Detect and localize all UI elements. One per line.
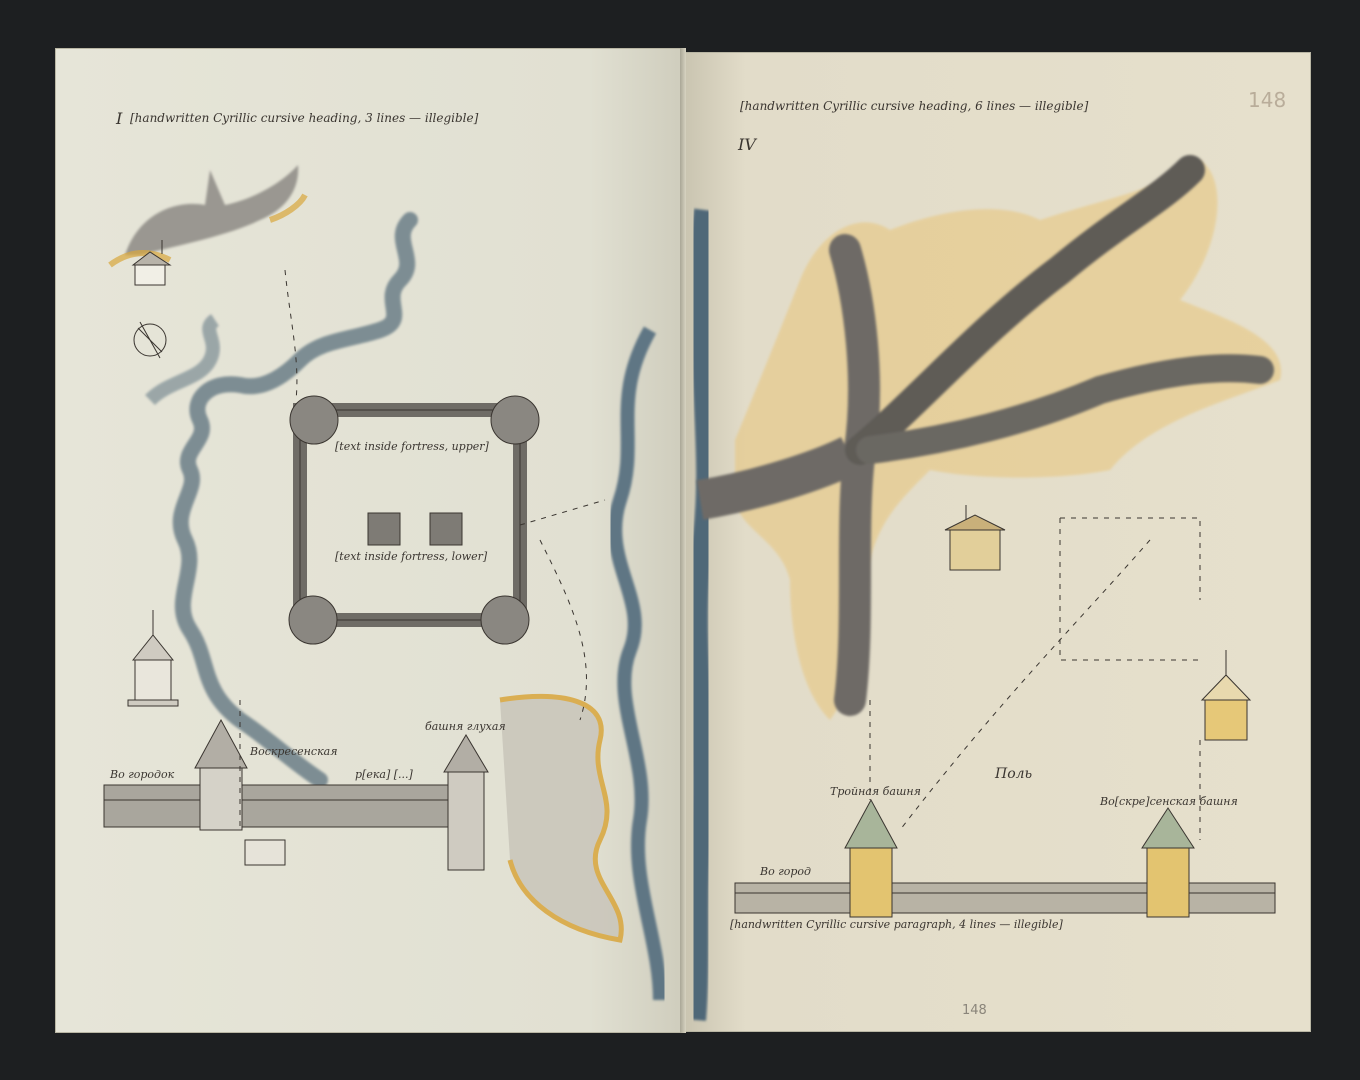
chapel-icon (128, 610, 178, 706)
right-footer-text: [handwritten Cyrillic cursive paragraph,… (730, 918, 1260, 931)
label-voskresenskaya: Воскресенская (250, 745, 337, 758)
label-vo-gorodok: Во городок (110, 768, 174, 781)
church-icon (945, 505, 1005, 570)
left-heading-text: [handwritten Cyrillic cursive heading, 3… (130, 112, 620, 125)
label-tower: башня глухая (425, 720, 506, 733)
label-vo-grad: Во город (760, 865, 811, 878)
label-voskresenskaya-tower: Во[скре]сенская башня (1100, 795, 1238, 808)
shoreline-icon (500, 696, 621, 940)
compass-rose-icon (134, 322, 166, 358)
city-wall (735, 800, 1275, 917)
city-wall (104, 720, 488, 870)
chapel-icon (1202, 650, 1250, 740)
label-pol: Поль (995, 768, 1032, 781)
fortress-plan (289, 396, 539, 644)
left-heading-number: I (116, 112, 122, 125)
ochre-terrain-icon (735, 160, 1281, 720)
right-heading-text: [handwritten Cyrillic cursive heading, 6… (740, 100, 1220, 113)
main-river-icon (615, 330, 660, 1000)
right-heading-number: IV (738, 138, 756, 151)
fortress-lower-text: [text inside fortress, lower] (335, 550, 487, 563)
folio-top: 148 (1248, 88, 1286, 112)
folio-bottom: 148 (962, 1003, 987, 1018)
label-triple-tower: Тройная башня (830, 785, 921, 798)
fortress-upper-text: [text inside fortress, upper] (335, 440, 489, 453)
river-edge-icon (695, 210, 707, 1020)
landmass-icon (125, 165, 298, 255)
label-river: р[ека] [...] (355, 768, 413, 781)
